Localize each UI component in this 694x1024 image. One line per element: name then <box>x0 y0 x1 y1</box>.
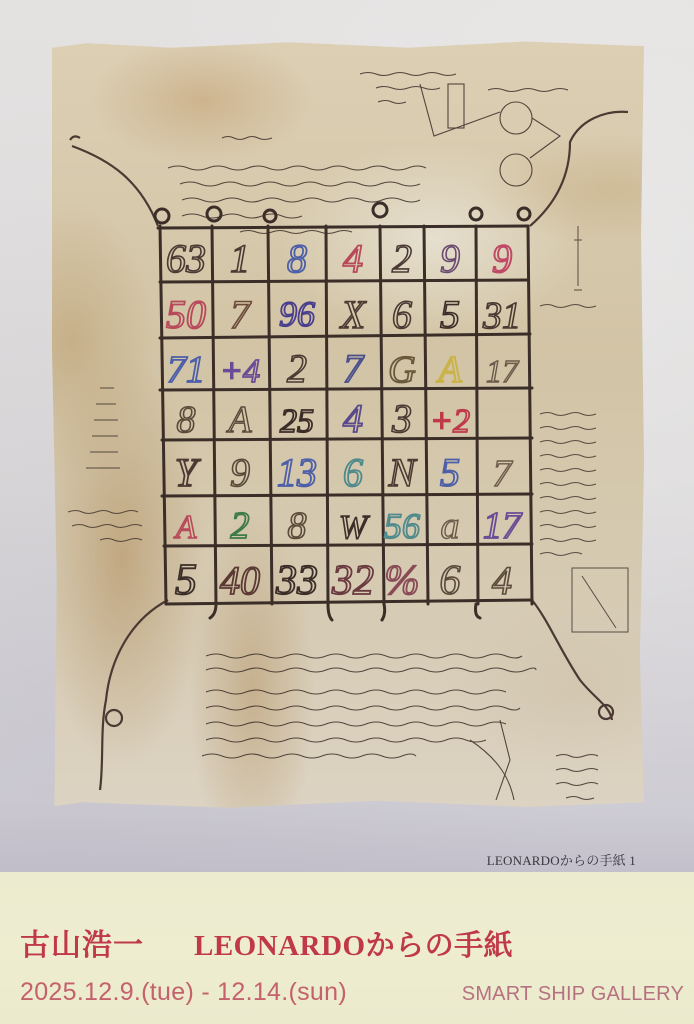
svg-text:9: 9 <box>440 236 460 281</box>
svg-text:7: 7 <box>230 292 252 337</box>
svg-text:A: A <box>435 349 462 391</box>
svg-text:G: G <box>388 349 415 391</box>
artwork-photo: 63 1 8 4 2 9 9 50 7 96 X 6 5 31 71 +4 2 … <box>0 0 694 872</box>
svg-text:40: 40 <box>220 558 260 603</box>
title-row: 古山浩一 LEONARDOからの手紙 <box>20 920 684 964</box>
svg-text:A: A <box>174 509 197 546</box>
artist-name: 古山浩一 <box>20 920 144 964</box>
svg-text:8: 8 <box>288 505 307 547</box>
svg-text:17: 17 <box>483 505 523 547</box>
svg-text:6: 6 <box>392 292 412 337</box>
svg-text:71: 71 <box>167 349 205 391</box>
svg-text:7: 7 <box>343 346 365 391</box>
grid-numbers: 63 1 8 4 2 9 9 50 7 96 X 6 5 31 71 +4 2 … <box>166 236 523 604</box>
svg-text:63: 63 <box>166 236 206 281</box>
svg-text:Y: Y <box>175 450 201 495</box>
svg-text:N: N <box>388 450 418 495</box>
svg-text:A: A <box>225 399 252 441</box>
svg-text:5: 5 <box>175 555 197 604</box>
info-row: 2025.12.9.(tue) - 12.14.(sun) SMART SHIP… <box>20 978 684 1007</box>
svg-text:1: 1 <box>230 236 250 281</box>
svg-text:4: 4 <box>343 396 363 441</box>
svg-text:4: 4 <box>492 558 512 603</box>
svg-text:50: 50 <box>166 292 206 337</box>
svg-text:17: 17 <box>486 353 520 389</box>
svg-text:5: 5 <box>440 450 460 495</box>
svg-text:9: 9 <box>492 236 512 281</box>
exhibition-info-band: 古山浩一 LEONARDOからの手紙 2025.12.9.(tue) - 12.… <box>0 872 694 1024</box>
svg-text:2: 2 <box>231 505 250 547</box>
svg-text:56: 56 <box>384 506 420 546</box>
svg-text:2: 2 <box>287 346 307 391</box>
svg-text:3: 3 <box>391 396 412 441</box>
svg-text:X: X <box>339 292 367 337</box>
svg-text:33: 33 <box>275 558 318 604</box>
venue-name: SMART SHIP GALLERY <box>462 983 684 1006</box>
svg-text:6: 6 <box>343 450 363 495</box>
svg-text:%: % <box>385 558 420 604</box>
svg-text:a: a <box>441 505 460 547</box>
artwork-caption: LEONARDOからの手紙 1 <box>487 850 636 869</box>
svg-text:13: 13 <box>277 450 317 495</box>
svg-text:6: 6 <box>440 558 461 604</box>
svg-text:4: 4 <box>343 236 363 281</box>
svg-text:31: 31 <box>482 295 521 337</box>
svg-text:25: 25 <box>280 403 314 440</box>
exhibition-title: LEONARDOからの手紙 <box>194 923 513 964</box>
handwriting-top <box>168 73 568 234</box>
svg-text:8: 8 <box>287 236 307 281</box>
svg-text:2: 2 <box>392 236 412 281</box>
svg-text:7: 7 <box>493 453 514 495</box>
handwriting-bottom <box>202 654 598 800</box>
exhibition-dates: 2025.12.9.(tue) - 12.14.(sun) <box>20 978 347 1007</box>
svg-text:+4: +4 <box>220 353 260 390</box>
svg-text:96: 96 <box>279 294 315 334</box>
artwork-drawing: 63 1 8 4 2 9 9 50 7 96 X 6 5 31 71 +4 2 … <box>0 0 694 872</box>
svg-text:5: 5 <box>440 292 460 337</box>
svg-text:9: 9 <box>230 450 250 495</box>
svg-text:W: W <box>339 509 370 546</box>
svg-text:8: 8 <box>177 399 196 441</box>
svg-text:+2: +2 <box>430 403 470 440</box>
svg-text:32: 32 <box>331 558 374 604</box>
